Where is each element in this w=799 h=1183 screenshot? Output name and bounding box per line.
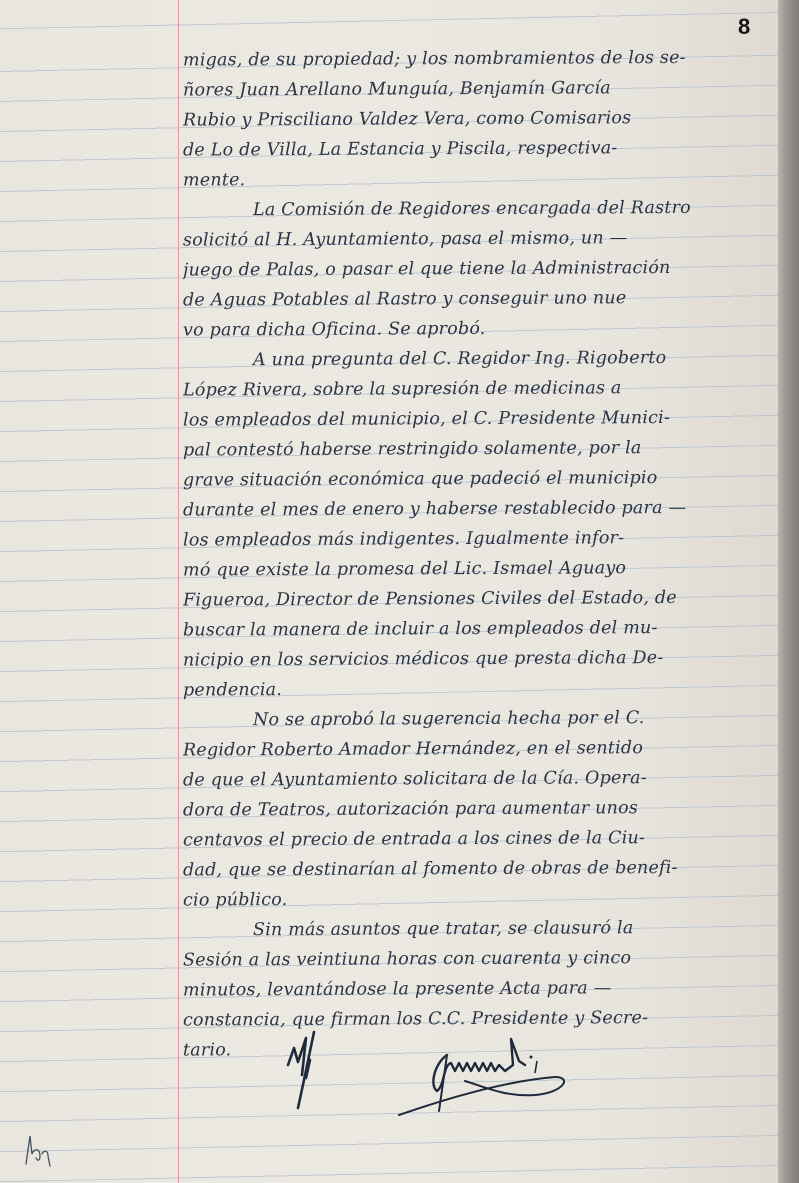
- text-line: de Aguas Potables al Rastro y conseguir …: [183, 282, 773, 315]
- text-line: solicitó al H. Ayuntamiento, pasa el mis…: [183, 222, 773, 255]
- text-line: buscar la manera de incluir a los emplea…: [183, 612, 773, 645]
- paragraph-rastro-palas: La Comisión de Regidores encargada del R…: [183, 194, 773, 344]
- text-line: cio público.: [183, 882, 773, 915]
- paragraph-medicinas: A una pregunta del C. Regidor Ing. Rigob…: [183, 344, 773, 704]
- text-line: Figueroa, Director de Pensiones Civiles …: [183, 582, 773, 615]
- book-page-edge: [778, 0, 799, 1183]
- text-line: mente.: [183, 162, 773, 195]
- text-line: dora de Teatros, autorización para aumen…: [183, 792, 773, 825]
- text-line: los empleados del municipio, el C. Presi…: [183, 402, 773, 435]
- president-signature-icon: [385, 1035, 615, 1120]
- text-line: de Lo de Villa, La Estancia y Piscila, r…: [183, 132, 773, 165]
- text-line: pendencia.: [183, 672, 773, 705]
- text-line: migas, de su propiedad; y los nombramien…: [183, 42, 773, 75]
- text-line: los empleados más indigentes. Igualmente…: [183, 522, 773, 555]
- text-line: ñores Juan Arellano Munguía, Benjamín Ga…: [183, 72, 773, 105]
- page-number: 8: [738, 14, 750, 40]
- text-line: pal contestó haberse restringido solamen…: [183, 432, 773, 465]
- secretary-signature-icon: [280, 1020, 360, 1120]
- paragraph-commissioners: migas, de su propiedad; y los nombramien…: [183, 44, 773, 194]
- paragraph-teatros: No se aprobó la sugerencia hecha por el …: [183, 704, 773, 914]
- text-line: centavos el precio de entrada a los cine…: [183, 822, 773, 855]
- text-line: La Comisión de Regidores encargada del R…: [183, 192, 773, 225]
- text-line: durante el mes de enero y haberse restab…: [183, 492, 773, 525]
- text-line: vo para dicha Oficina. Se aprobó.: [183, 312, 773, 345]
- text-line: Sin más asuntos que tratar, se clausuró …: [183, 912, 773, 945]
- red-margin-line: [178, 0, 179, 1183]
- handwritten-minutes: migas, de su propiedad; y los nombramien…: [183, 44, 773, 1064]
- margin-initials-icon: [18, 1130, 58, 1170]
- text-line: juego de Palas, o pasar el que tiene la …: [183, 252, 773, 285]
- text-line: A una pregunta del C. Regidor Ing. Rigob…: [183, 342, 773, 375]
- text-line: nicipio en los servicios médicos que pre…: [183, 642, 773, 675]
- text-line: grave situación económica que padeció el…: [183, 462, 773, 495]
- text-line: dad, que se destinarían al fomento de ob…: [183, 852, 773, 885]
- text-line: Regidor Roberto Amador Hernández, en el …: [183, 732, 773, 765]
- text-line: constancia, que firman los C.C. Presiden…: [183, 1002, 773, 1035]
- text-line: Rubio y Prisciliano Valdez Vera, como Co…: [183, 102, 773, 135]
- text-line: minutos, levantándose la presente Acta p…: [183, 972, 773, 1005]
- ledger-page: 8 migas, de su propiedad; y los nombrami…: [0, 0, 778, 1183]
- text-line: Sesión a las veintiuna horas con cuarent…: [183, 942, 773, 975]
- text-line: mó que existe la promesa del Lic. Ismael…: [183, 552, 773, 585]
- text-line: de que el Ayuntamiento solicitara de la …: [183, 762, 773, 795]
- text-line: López Rivera, sobre la supresión de medi…: [183, 372, 773, 405]
- text-line: No se aprobó la sugerencia hecha por el …: [183, 702, 773, 735]
